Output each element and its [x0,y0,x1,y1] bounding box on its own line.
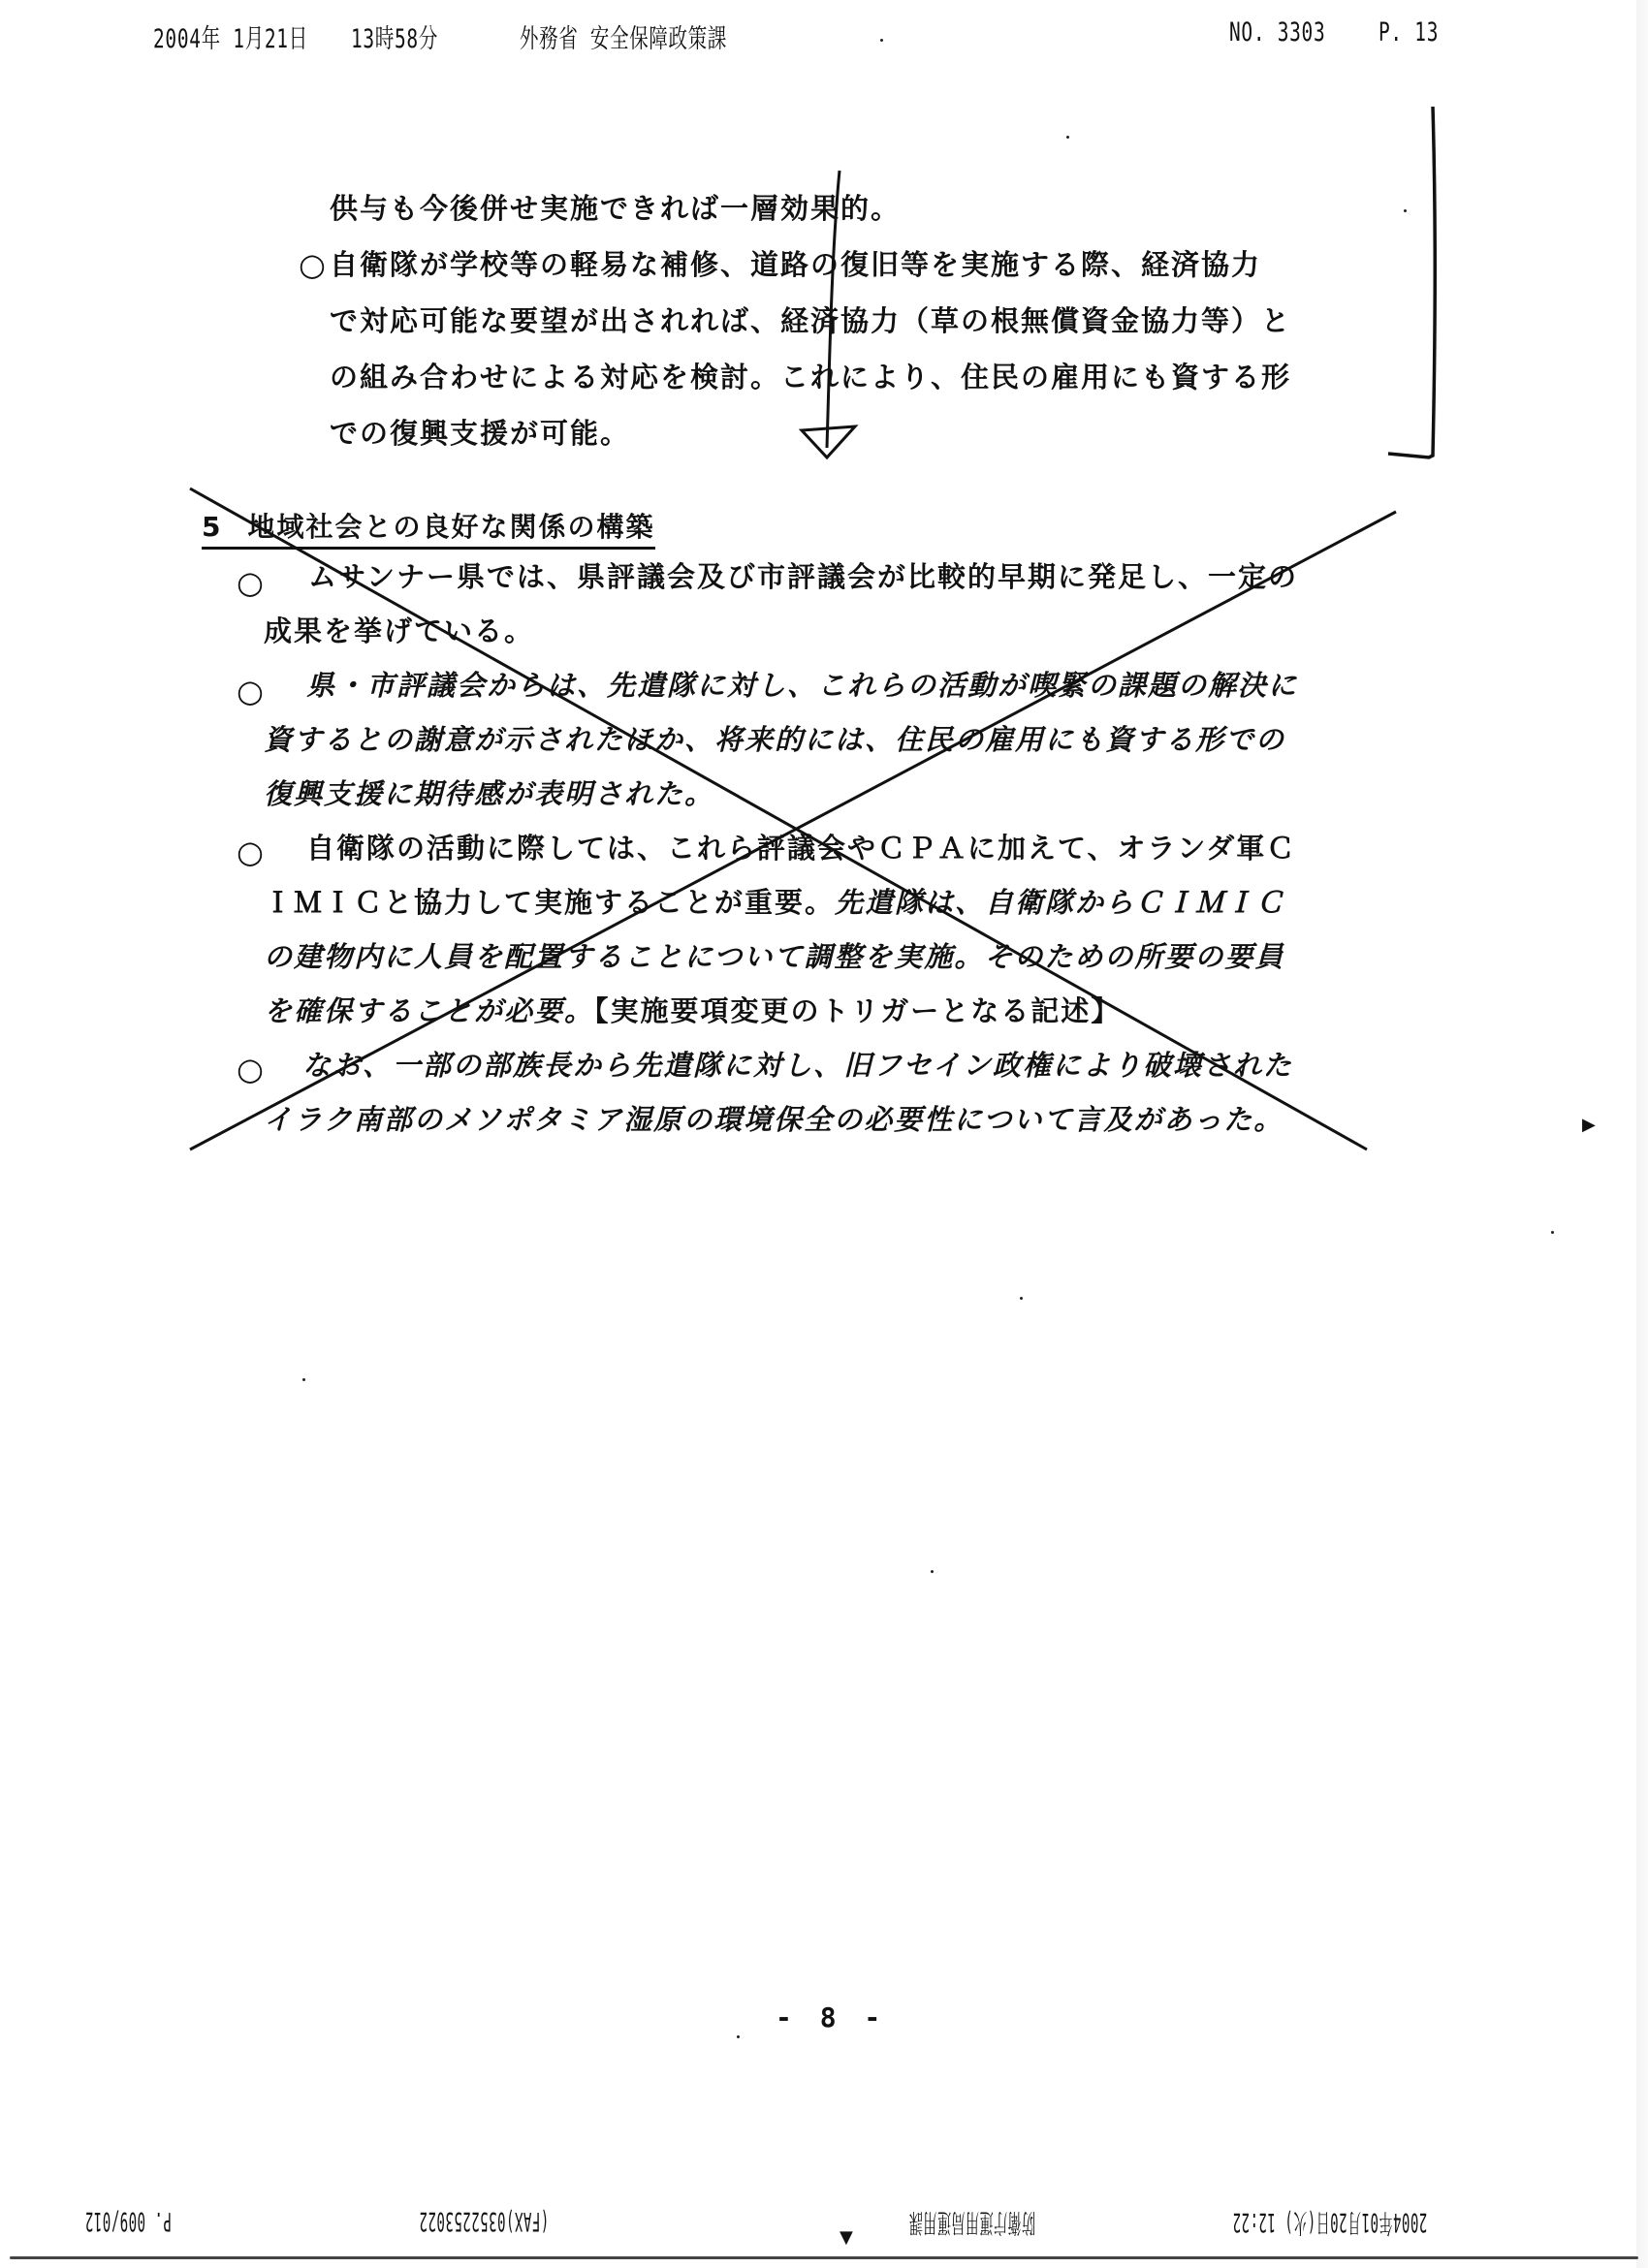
fax-footer-number-text: (FAX)0352253022 [419,2206,549,2236]
fax-header-sender: 外務省 安全保障政策課 [520,17,727,55]
paragraph-line: 県・市評議会からは、先遣隊に対し、これらの活動が喫緊の課題の解決に [306,657,1298,713]
fax-footer-receiver-text: 防衛庁運用局運用課 [908,2206,1035,2244]
bullet-circle: ○ [237,1051,264,1087]
fax-footer: 2004年01月20日(火) 12:22 防衛庁運用局運用課 (FAX)0352… [0,2206,1648,2245]
paragraph-line: 自衛隊の活動に際しては、これら評議会やＣＰＡに加えて、オランダ軍Ｃ [306,820,1296,876]
fax-header: 2004年 1月21日 13時58分 外務省 安全保障政策課 NO. 3303 … [0,17,1648,56]
page-edge [1636,0,1648,2268]
fax-header-date: 2004年 1月21日 [153,17,308,55]
section-heading: 5地域社会との良好な関係の構築 [202,506,655,550]
bullet-circle: ○ [237,673,264,709]
section-title: 地域社会との良好な関係の構築 [247,511,654,543]
right-arrow-marker: ▶ [1582,1115,1596,1135]
paragraph-line: ＩＭＩＣと協力して実施することが重要。先遣隊は、自衛隊からＣＩＭＩＣ [264,874,1285,930]
section-number: 5 [202,511,222,543]
fax-header-page: P. 13 [1379,17,1439,47]
paragraph-line: 復興支援に期待感が表明された。 [264,766,714,822]
continuation-line: 供与も今後併せ実施できれば一層効果的。 [330,180,901,236]
paragraph-line: なお、一部の部族長から先遣隊に対し、旧フセイン政権により破壊された [302,1037,1293,1093]
paragraph-line: の建物内に人員を配置することについて調整を実施。そのための所要の要員 [264,929,1284,985]
bracket-annotation [1388,107,1435,457]
page-bottom-edge [10,2256,1638,2259]
bullet-circle: ○ [237,834,264,870]
fax-footer-date-text: 2004年01月20日(火) 12:22 [1232,2206,1427,2244]
bullet-circle: ○ [299,246,326,283]
scan-dot [1020,1297,1023,1300]
scan-dot [1551,1231,1554,1234]
paragraph-segment-italic: 先遣隊は、自衛隊からＣＩＭＩＣ [835,886,1285,919]
paragraph-line: を確保することが必要。【実施要項変更のトリガーとなる記述】 [264,983,1121,1039]
paragraph-line: ムサンナー県では、県評議会及び市評議会が比較的早期に発足し、一定の [308,549,1298,605]
scan-dot [737,2035,740,2038]
fax-footer-page-text: P. 009/012 [84,2206,171,2236]
paragraph-line: イラク南部のメソポタミア湿原の環境保全の必要性について言及があった。 [264,1091,1284,1148]
fax-header-number: NO. 3303 [1229,17,1325,47]
paragraph-line: 成果を挙げている。 [264,603,534,659]
scan-dot [302,1378,305,1381]
bullet-circle: ○ [237,564,264,601]
trigger-note: 【実施要項変更のトリガーとなる記述】 [594,994,1121,1027]
down-arrow-marker: ▼ [840,2227,853,2248]
paragraph-line: での復興支援が可能。 [330,405,630,461]
paragraph-line: 自衛隊が学校等の軽易な補修、道路の復旧等を実施する際、経済協力 [330,236,1261,293]
paragraph-line: の組み合わせによる対応を検討。これにより、住民の雇用にも資する形 [330,349,1291,405]
paragraph-line: で対応可能な要望が出されれば、経済協力（草の根無償資金協力等）と [330,293,1291,349]
scan-dot [1066,136,1069,139]
scan-dot [880,39,883,42]
paragraph-line: 資するとの謝意が示されたほか、将来的には、住民の雇用にも資する形での [264,711,1285,768]
scan-dot [931,1570,934,1573]
fax-header-time: 13時58分 [351,17,438,55]
page-number: - 8 - [776,2001,886,2033]
scan-dot [1404,209,1407,212]
paragraph-segment: ＩＭＩＣと協力して実施することが重要。 [264,886,835,919]
paragraph-segment-italic: を確保することが必要。 [264,994,594,1027]
